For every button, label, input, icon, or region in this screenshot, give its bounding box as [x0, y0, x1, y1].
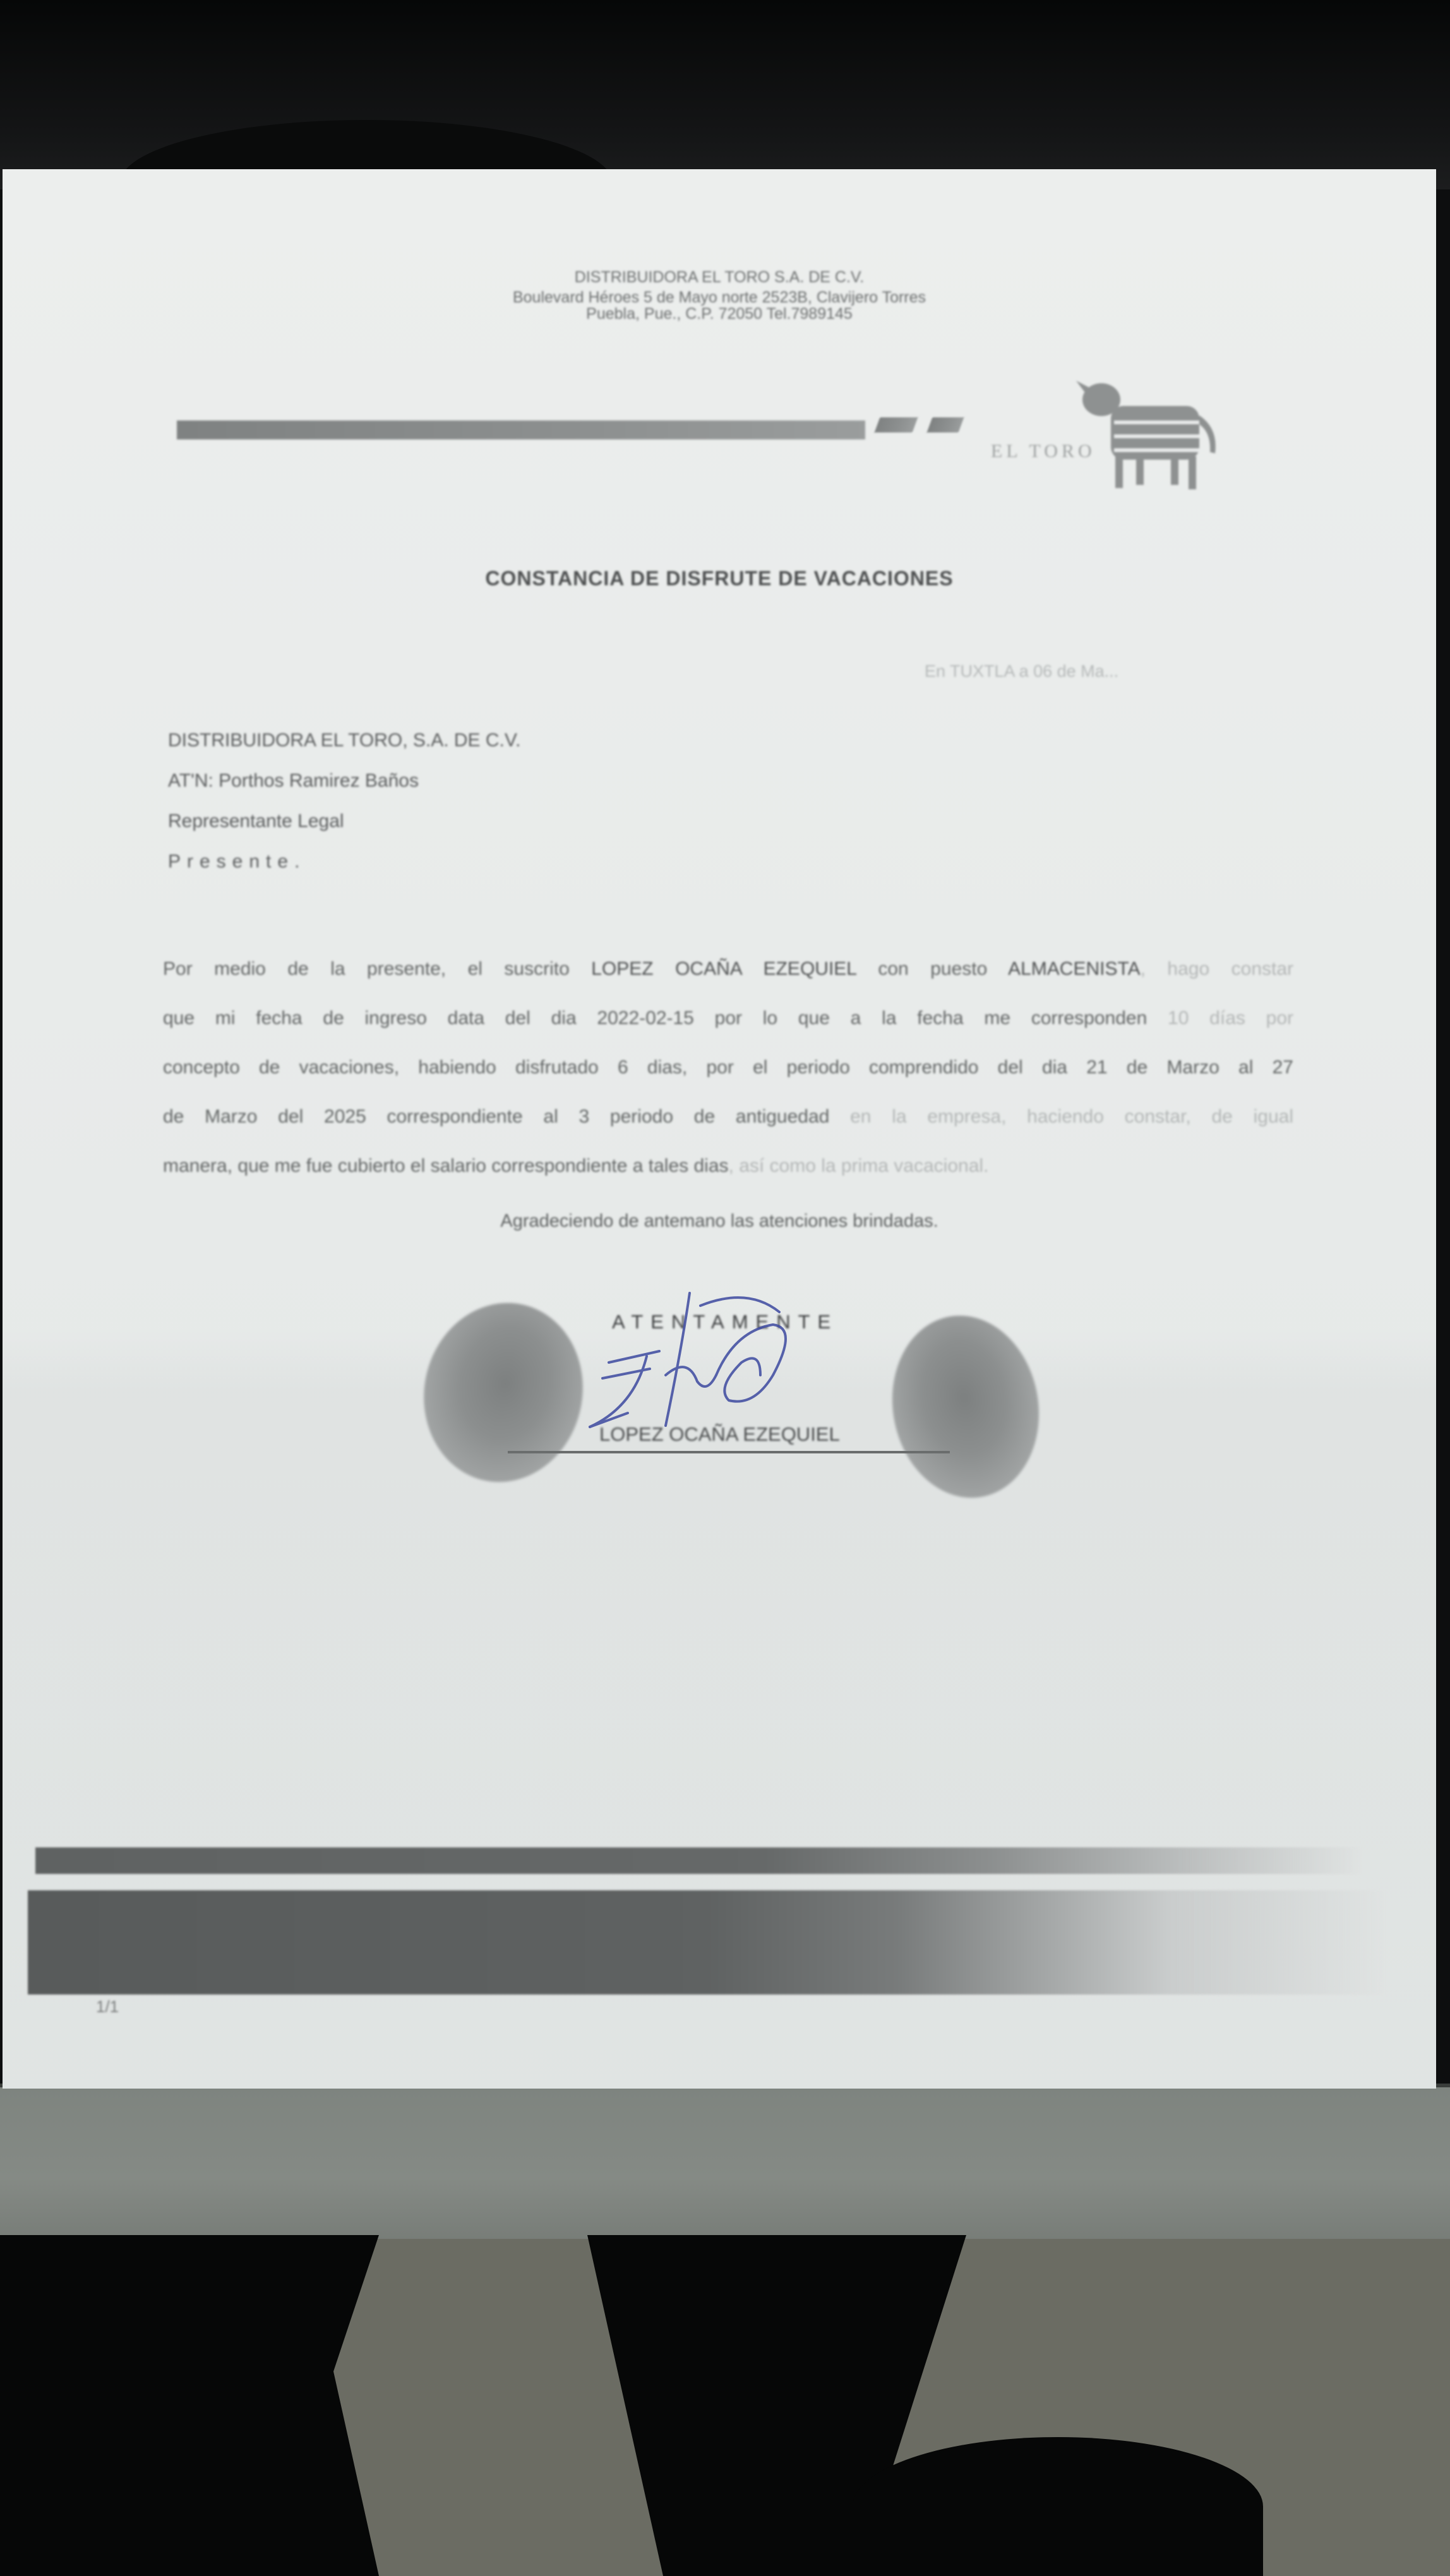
- background-ledge: [0, 2084, 1450, 2239]
- page-number: 1/1: [96, 1997, 119, 2017]
- employee-name: LOPEZ OCAÑA EZEQUIEL: [591, 958, 856, 979]
- body-text-faded: 10 días por: [1168, 1008, 1293, 1029]
- hire-date: 2022-02-15: [597, 1008, 693, 1029]
- footer-rule-thin: [35, 1847, 1362, 1874]
- document-page: DISTRIBUIDORA EL TORO S.A. DE C.V. Boule…: [3, 169, 1436, 2089]
- body-paragraph: Por medio de la presente, el suscrito LO…: [163, 945, 1293, 1191]
- body-text: por lo que a la fecha me corresponden: [694, 1008, 1168, 1029]
- body-text-faded: , así como la prima vacacional.: [729, 1155, 989, 1176]
- body-line-2: que mi fecha de ingreso data del dia 202…: [163, 994, 1293, 1043]
- body-text: manera, que me fue cubierto el salario c…: [163, 1155, 729, 1176]
- handwritten-signature-icon: [571, 1280, 824, 1470]
- addressee-role: Representante Legal: [168, 811, 344, 832]
- header-rule-dash: [927, 417, 964, 432]
- letterhead-address-line2: Puebla, Pue., C.P. 72050 Tel.7989145: [3, 304, 1436, 324]
- body-text: Por medio de la presente, el suscrito: [163, 958, 591, 979]
- body-line-4: de Marzo del 2025 correspondiente al 3 p…: [163, 1092, 1293, 1142]
- body-line-1: Por medio de la presente, el suscrito LO…: [163, 945, 1293, 994]
- body-text-faded: en la empresa, haciendo constar, de igua…: [850, 1106, 1293, 1127]
- employee-position: ALMACENISTA: [1008, 958, 1141, 979]
- header-rule-dash: [875, 417, 918, 432]
- foot-shadow-left: [0, 2235, 379, 2576]
- logo-text: EL TORO: [991, 441, 1096, 462]
- body-line-3: concepto de vacaciones, habiendo disfrut…: [163, 1043, 1293, 1092]
- body-text-faded: , hago constar: [1141, 958, 1293, 979]
- letterhead-company: DISTRIBUIDORA EL TORO S.A. DE C.V.: [3, 267, 1436, 287]
- body-line-5: manera, que me fue cubierto el salario c…: [163, 1142, 1293, 1191]
- foot-shadow-right: [853, 2437, 1263, 2576]
- closing-line: Agradeciendo de antemano las atenciones …: [3, 1211, 1436, 1232]
- document-title: CONSTANCIA DE DISFRUTE DE VACACIONES: [3, 567, 1436, 590]
- bull-icon: [1076, 371, 1234, 498]
- body-text: de Marzo del 2025 correspondiente al 3 p…: [163, 1106, 850, 1127]
- header-rule: [177, 420, 865, 439]
- addressee-company: DISTRIBUIDORA EL TORO, S.A. DE C.V.: [168, 730, 521, 751]
- addressee-attention: AT'N: Porthos Ramirez Baños: [168, 770, 419, 792]
- body-text: que mi fecha de ingreso data del dia: [163, 1008, 597, 1029]
- addressee-presente: Presente.: [168, 851, 306, 873]
- body-text: con puesto: [856, 958, 1008, 979]
- footer-rule-thick: [28, 1890, 1386, 1995]
- date-line: En TUXTLA a 06 de Ma...: [925, 662, 1118, 681]
